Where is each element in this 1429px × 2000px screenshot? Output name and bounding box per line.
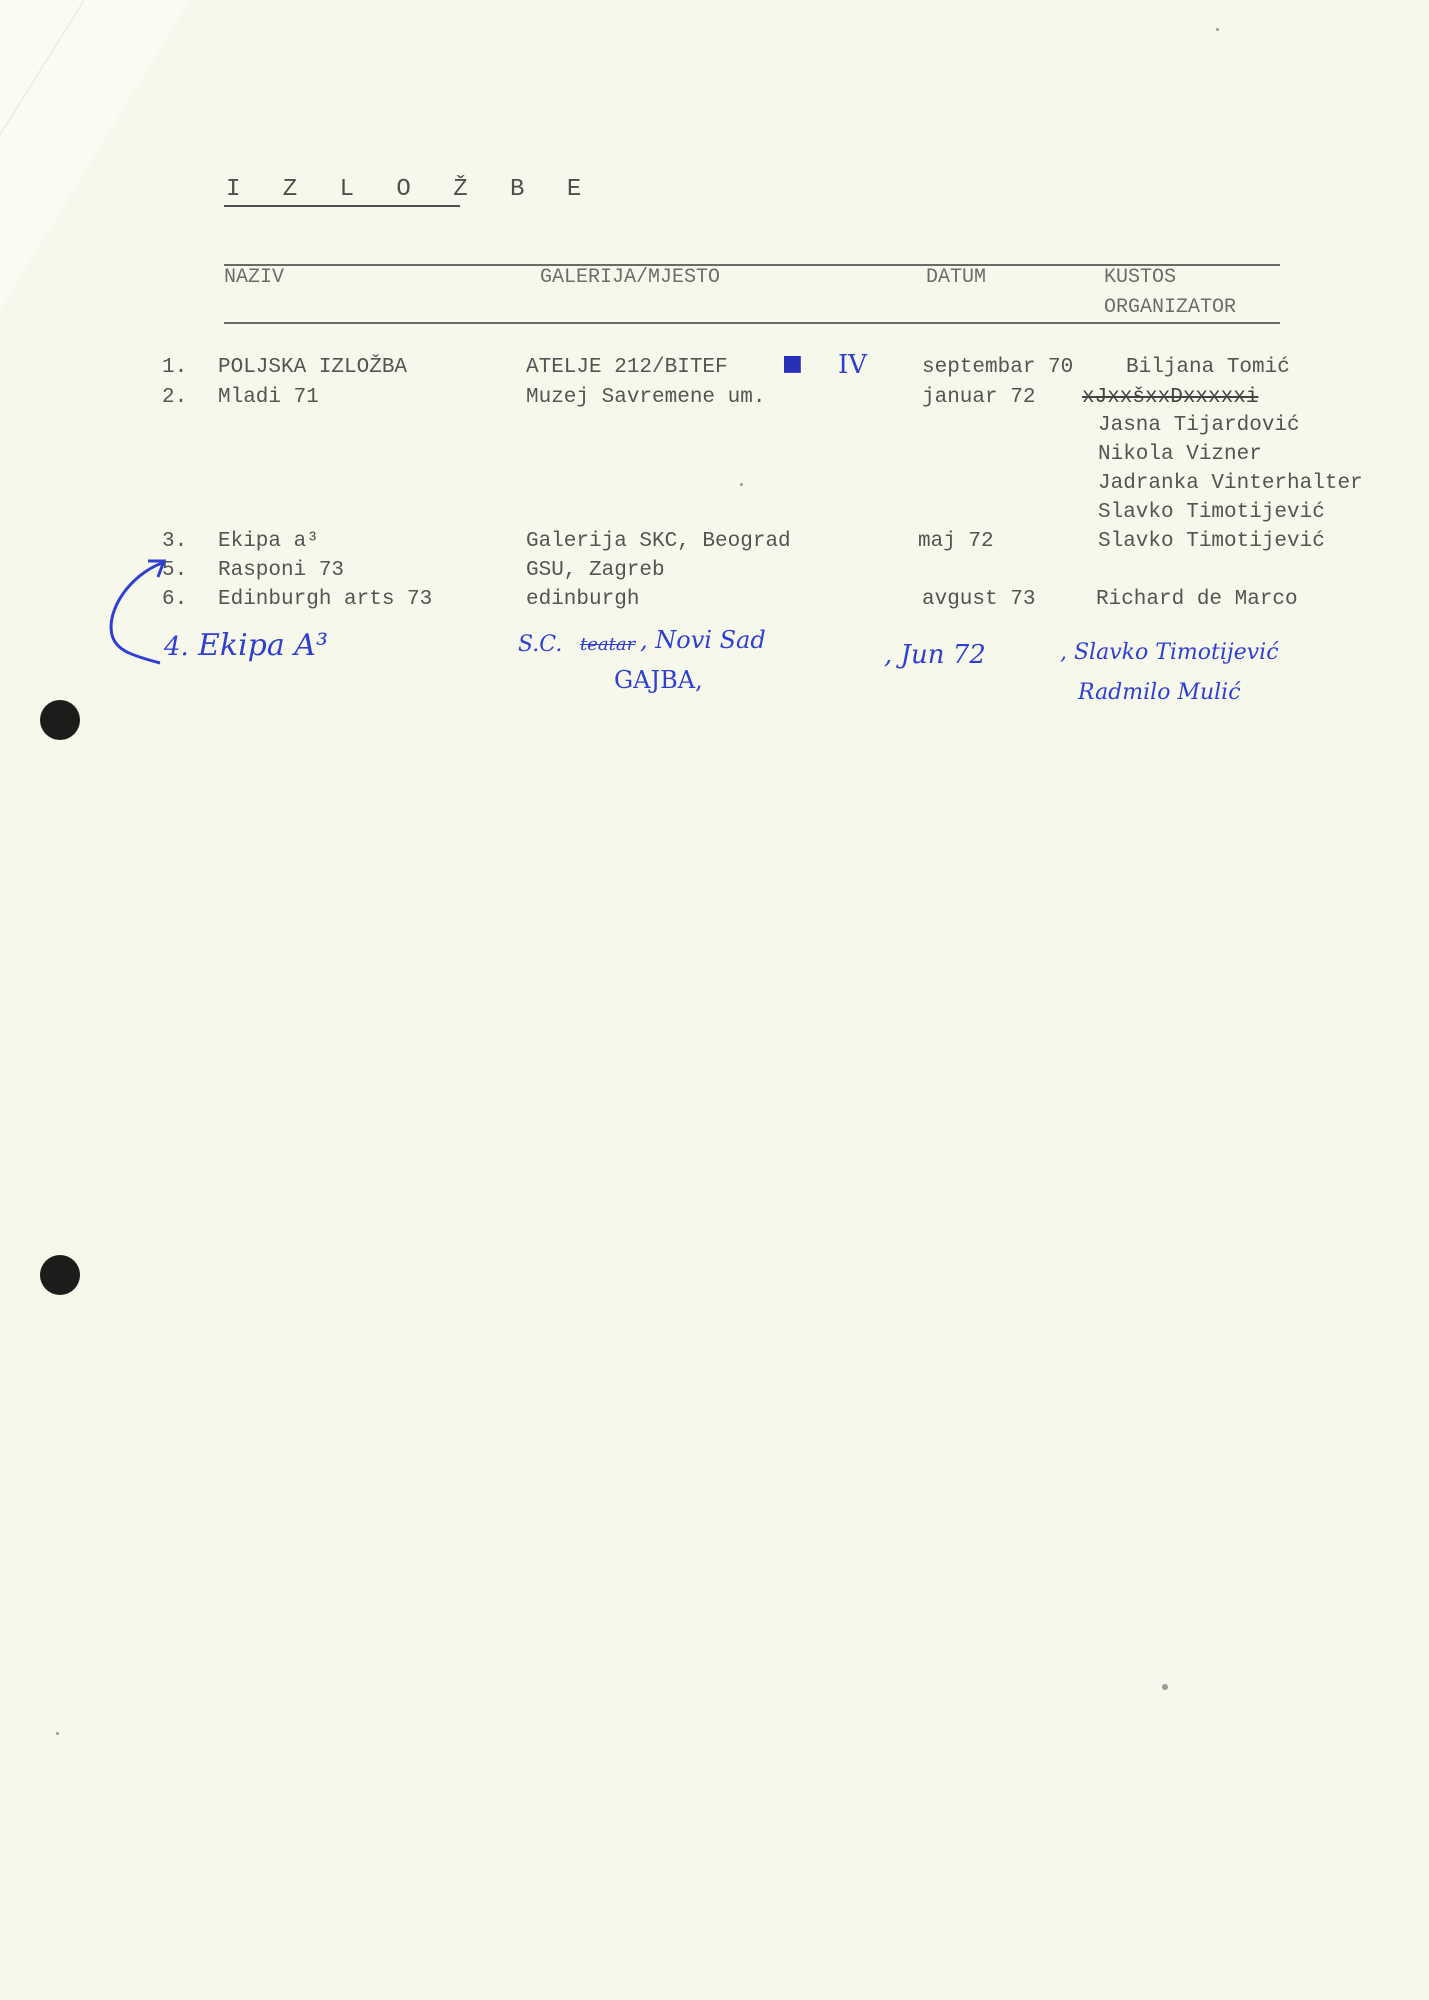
title-underline	[224, 205, 460, 207]
exhibition-name: POLJSKA IZLOŽBA	[218, 356, 407, 379]
gallery-location: GSU, Zagreb	[526, 559, 665, 582]
exhibition-name: Ekipa a³	[218, 530, 319, 553]
row-number: 1.	[162, 356, 187, 379]
punch-hole	[40, 700, 80, 740]
row-number: 2.	[162, 386, 187, 409]
exhibition-date: maj 72	[918, 530, 994, 553]
header-datum: DATUM	[926, 266, 986, 289]
curator-name: Slavko Timotijević	[1098, 530, 1325, 553]
handwritten-roman-numeral: IV	[838, 350, 867, 380]
curator-name: Slavko Timotijević	[1098, 501, 1325, 524]
handwritten-gallery-city: , Novi Sad	[640, 626, 766, 654]
paper-speck	[740, 483, 743, 486]
handwritten-gallery-prefix: S.C.	[518, 632, 562, 657]
curator-name: Richard de Marco	[1096, 588, 1298, 611]
struck-curator: xJxxšxxDxxxxxi	[1082, 386, 1258, 409]
handwritten-exhibition-name: Ekipa A³	[198, 628, 328, 663]
gallery-location: edinburgh	[526, 588, 639, 611]
folded-page-corner	[0, 0, 190, 310]
header-galerija: GALERIJA/MJESTO	[540, 266, 720, 289]
exhibition-date: avgust 73	[922, 588, 1035, 611]
row-number: 3.	[162, 530, 187, 553]
paper-speck	[1216, 28, 1219, 31]
punch-hole	[40, 1255, 80, 1295]
handwritten-curator: Radmilo Mulić	[1078, 680, 1241, 705]
exhibition-date: septembar 70	[922, 356, 1073, 379]
gallery-location: Galerija SKC, Beograd	[526, 530, 791, 553]
paper-speck	[1162, 1684, 1168, 1690]
paper-speck	[56, 1732, 59, 1735]
curator-name: Nikola Vizner	[1098, 443, 1262, 466]
header-rule-bottom	[224, 322, 1280, 324]
handwritten-date: , Jun 72	[884, 640, 986, 670]
header-kustos: KUSTOS	[1104, 266, 1176, 289]
handwritten-struck-word: teatar	[580, 634, 635, 655]
exhibition-name: Mladi 71	[218, 386, 319, 409]
exhibition-name: Rasponi 73	[218, 559, 344, 582]
curator-name: Jasna Tijardović	[1098, 414, 1300, 437]
curator-name: Biljana Tomić	[1126, 356, 1290, 379]
header-organizator: ORGANIZATOR	[1104, 296, 1236, 319]
document-title: I Z L O Ž B E	[226, 176, 595, 203]
exhibition-name: Edinburgh arts 73	[218, 588, 432, 611]
handwritten-curator: , Slavko Timotijević	[1060, 640, 1279, 665]
gallery-location: Muzej Savremene um.	[526, 386, 765, 409]
gallery-location: ATELJE 212/BITEF	[526, 356, 728, 379]
handwritten-row-number: 4.	[164, 632, 189, 662]
struck-mark: ■	[782, 350, 803, 376]
header-naziv: NAZIV	[224, 266, 284, 289]
curator-name: Jadranka Vinterhalter	[1098, 472, 1363, 495]
exhibition-date: januar 72	[922, 386, 1035, 409]
handwritten-gallery-name: GAJBA,	[614, 666, 703, 694]
